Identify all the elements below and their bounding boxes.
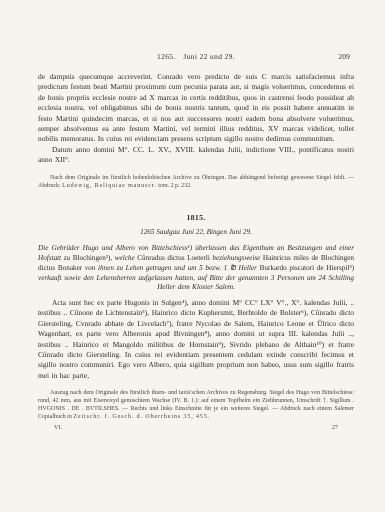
volume-signature: VI. [54, 424, 62, 431]
charter-body-text: de dampnis quecumque accreverint. Conrad… [38, 72, 354, 145]
charter-dateline: 1265 Saulgau Juni 22, Bingen Juni 29. [38, 228, 354, 236]
charter-1815: 1815. 1265 Saulgau Juni 22, Bingen Juni … [38, 213, 354, 430]
source-note: Auszug nach dem Originale des fürstlich … [38, 390, 354, 422]
running-head: 1265. Juni 22 und 29. 209 [38, 52, 354, 61]
running-head-date: 1265. Juni 22 und 29. [157, 52, 235, 61]
charter-number-heading: 1815. [38, 213, 354, 222]
charter-previous-continuation: de dampnis quecumque accreverint. Conrad… [38, 72, 354, 190]
sheet-number: 27 [332, 424, 338, 431]
charter-body-text: Acta sunt hec ex parte Hugonis in Sulgen… [38, 298, 354, 381]
book-page: 1265. Juni 22 und 29. 209 de dampnis que… [0, 0, 385, 512]
source-note: Nach dem Originale im fürstlich hohenloh… [38, 175, 354, 191]
charter-regest: Die Gebrüder Hugo und Albero von Bittels… [38, 244, 354, 293]
charter-datum-line: Datum anno domini M°. CC. L. XV., XVIII.… [38, 145, 354, 166]
page-number: 209 [338, 52, 350, 61]
signature-row: VI. 27 [38, 424, 354, 431]
